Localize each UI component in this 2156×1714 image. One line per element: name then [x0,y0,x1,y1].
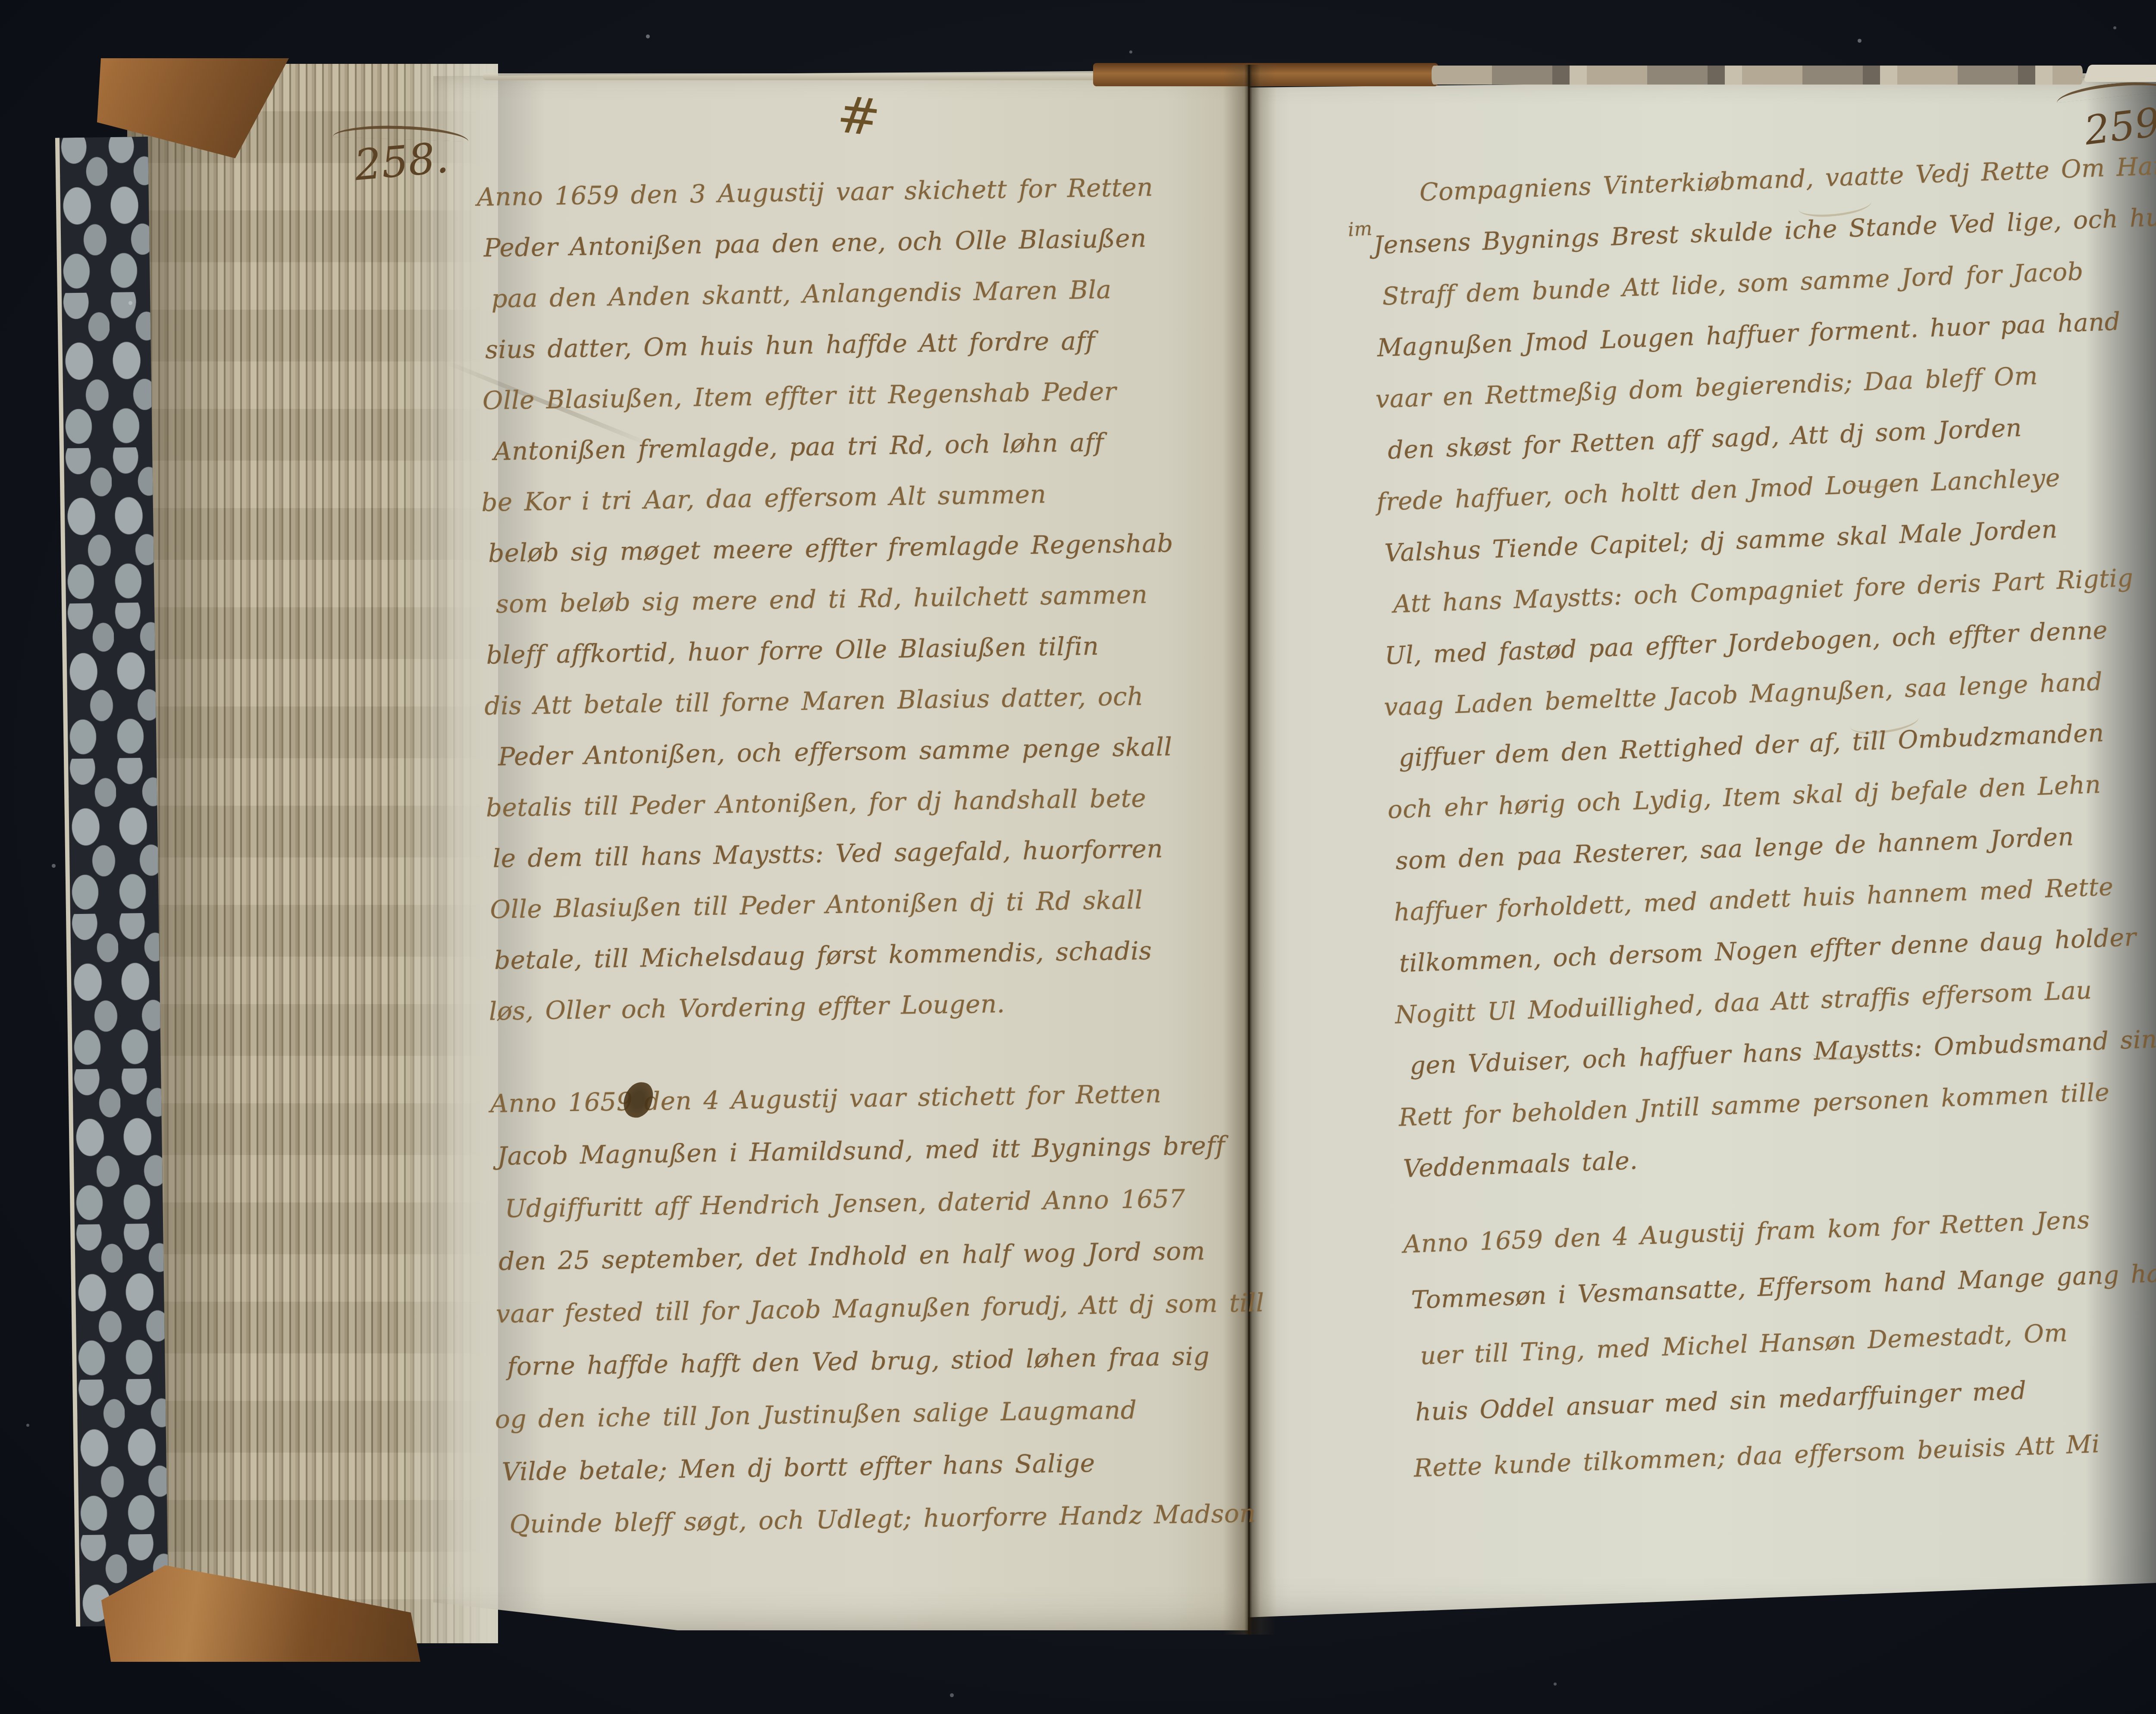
margin-insertion-note: im [1347,218,1373,241]
left-paragraph-2: Anno 1659 den 4 Augustij vaar stichett f… [490,1066,1273,1551]
spine-torn-paper-bit [2084,65,2156,82]
page-number-left: 258. [352,133,450,191]
right-page-text: Compagniens Vinterkiøbmand, vaatte Vedj … [1365,138,2156,1497]
spine-repair-tape [1432,66,2083,85]
manuscript-line: løs, Oller och Vordering effter Lougen. [489,974,1266,1037]
left-page-text: Anno 1659 den 3 Augustij vaar skichett f… [476,160,1273,1551]
hash-mark: # [834,84,883,148]
dust-specks [0,0,2,2]
right-paragraph-2: Anno 1659 den 4 Augustij fram kom for Re… [1402,1186,2156,1497]
left-paragraph-1: Anno 1659 den 3 Augustij vaar skichett f… [476,160,1266,1036]
right-paragraph-1: Compagniens Vinterkiøbmand, vaatte Vedj … [1365,138,2156,1195]
manuscript-book-photo: 258. 259. # Anno 1659 den 3 Augustij vaa… [0,0,2156,1714]
